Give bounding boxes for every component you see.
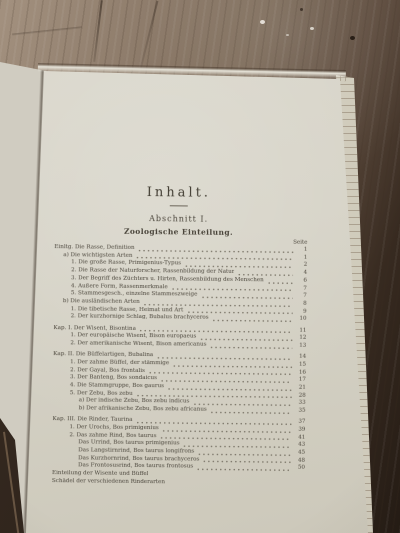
wood-speck [286, 34, 289, 36]
wood-seam [93, 0, 103, 62]
toc-entry-label: Schädel der verschiedenen Rinderarten [52, 478, 165, 487]
toc-entry-page: 7 [296, 293, 307, 301]
toc-entry-page: 45 [294, 450, 305, 458]
toc-entry-page: 9 [296, 308, 307, 316]
wood-speck [260, 20, 265, 24]
wood-speck [310, 27, 314, 30]
toc-entry-page: 21 [295, 385, 306, 393]
wood-seam [12, 26, 82, 35]
table-of-contents: Inhalt. Abschnitt I. Zoologische Einteil… [45, 184, 310, 488]
toc-entry-page: 39 [294, 427, 305, 435]
toc-entry-page: 13 [295, 343, 306, 351]
toc-entry-page: 33 [295, 400, 306, 408]
toc-entry-page: 8 [296, 301, 307, 309]
dot-leader [267, 281, 293, 285]
toc-entry-page: 7 [296, 285, 307, 293]
dot-leader [209, 345, 292, 350]
toc-entry-label: 2. Der amerikanische Wisent, Bison ameri… [70, 340, 206, 349]
toc-entry-page: 1 [296, 254, 307, 262]
title-rule [170, 205, 188, 206]
toc-entry-page: 1 [296, 247, 307, 255]
toc-entry-label: b) Der afrikanische Zebu, Bos zebu afric… [79, 405, 207, 414]
dot-leader [210, 410, 292, 415]
toc-entry-page: 2 [296, 262, 307, 270]
toc-entry-page: 16 [295, 369, 306, 377]
section-heading: Abschnitt I. [48, 213, 310, 225]
toc-entry-page: 37 [294, 419, 305, 427]
toc-entry-page: 28 [295, 392, 306, 400]
wood-seam [140, 1, 159, 69]
toc-entry-page: 17 [295, 377, 306, 385]
toc-entry-page: 15 [295, 361, 306, 369]
toc-entry-page: 35 [295, 408, 306, 416]
photo-scene: Inhalt. Abschnitt I. Zoologische Einteil… [0, 0, 400, 533]
section-subtitle: Zoologische Einteilung. [47, 226, 309, 238]
toc-entry-page: 6 [296, 277, 307, 285]
toc-entry-page: 50 [294, 465, 305, 473]
dot-leader [212, 319, 293, 324]
toc-entry-label: 2. Der kurzhornige Schlag, Bubalus brach… [71, 314, 209, 323]
toc-title: Inhalt. [48, 184, 310, 202]
wood-knot [300, 8, 303, 11]
wood-knot [350, 36, 355, 40]
toc-entry-page: 43 [294, 442, 305, 450]
toc-entry-page: 12 [295, 335, 306, 343]
toc-entry-page: 11 [295, 327, 306, 335]
toc-entry-page: 10 [296, 316, 307, 324]
toc-entry-page: 4 [296, 270, 307, 278]
toc-entry-page: 48 [294, 457, 305, 465]
toc-list: Einltg. Die Rasse, Definition1a) Die wic… [45, 244, 310, 488]
toc-entry-page: 14 [295, 354, 306, 362]
toc-entry-page: 41 [294, 434, 305, 442]
